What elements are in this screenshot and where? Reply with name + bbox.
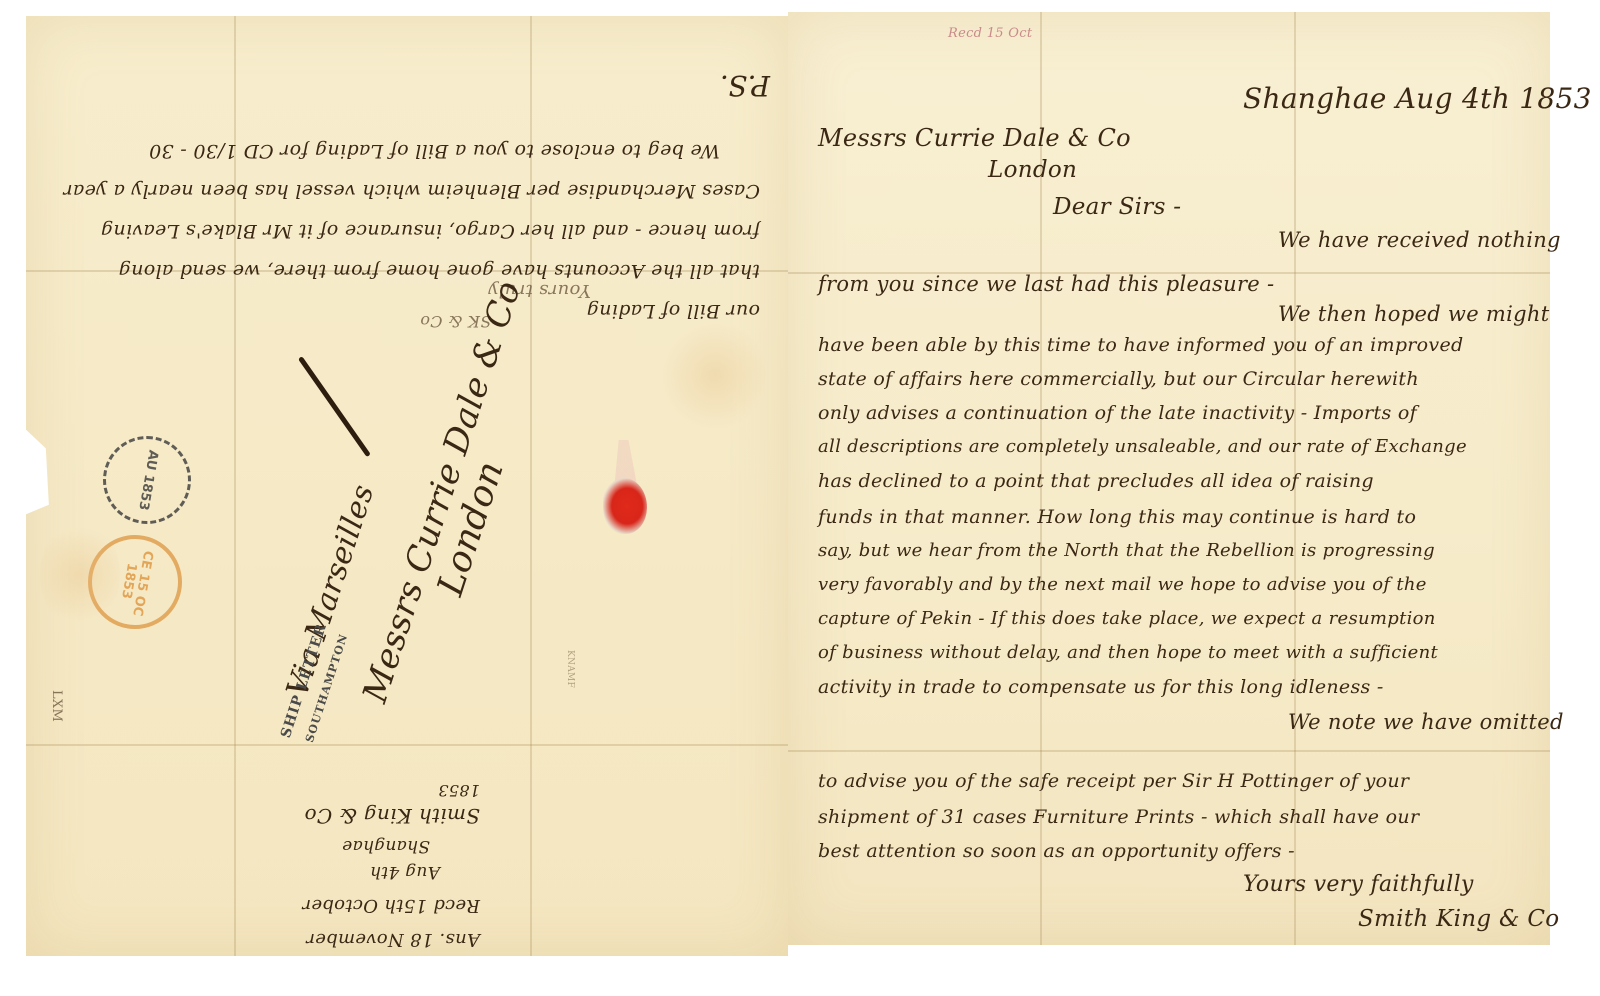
body-line: very favorably and by the next mail we h… (818, 574, 1427, 595)
body-line: to advise you of the safe receipt per Si… (818, 770, 1409, 792)
body-line: of business without delay, and then hope… (818, 642, 1438, 663)
body-line: from you since we last had this pleasure… (818, 272, 1274, 296)
postscript-line: Cases Merchandise per Blenheim which ves… (63, 180, 760, 202)
docket-line: Shanghae (342, 836, 430, 856)
postscript-label: P.S. (720, 69, 770, 102)
body-line: best attention so soon as an opportunity… (818, 840, 1295, 862)
body-line: funds in that manner. How long this may … (818, 506, 1416, 528)
letter-page: Recd 15 Oct Shanghae Aug 4th 1853 - Mess… (788, 12, 1550, 945)
docket-year: 1853 (438, 781, 480, 800)
body-line: We have received nothing (1278, 228, 1561, 252)
closing: Yours very faithfully (1243, 872, 1474, 897)
docket-block: Ans. 18 November Recd 15th October Aug 4… (250, 780, 520, 950)
postscript-block: P.S. We beg to enclose to you a Bill of … (40, 50, 770, 330)
docket-line: Smith King & Co (304, 804, 480, 828)
body-line: say, but we hear from the North that the… (818, 540, 1435, 561)
body-line: We note we have omitted (1288, 710, 1564, 734)
postscript-line: We beg to enclose to you a Bill of Ladin… (149, 140, 720, 162)
stain (660, 320, 770, 430)
body-line: only advises a continuation of the late … (818, 402, 1417, 424)
body-line: state of affairs here commercially, but … (818, 368, 1419, 390)
postscript-line: our Bill of Lading (586, 300, 760, 322)
body-line: shipment of 31 cases Furniture Prints - … (818, 806, 1419, 828)
body-line: has declined to a point that precludes a… (818, 470, 1374, 492)
faint-mark: KNAMF (565, 650, 575, 688)
stain (40, 520, 120, 630)
addressee-city: London (988, 157, 1077, 183)
fold-line (26, 744, 788, 746)
pencil-received-note: Recd 15 Oct (948, 26, 1032, 41)
body-line: all descriptions are completely unsaleab… (818, 436, 1467, 457)
docket-line: Ans. 18 November (306, 929, 480, 950)
fold-line (788, 750, 1550, 752)
salutation: Dear Sirs - (1053, 194, 1181, 220)
wax-seal (603, 478, 647, 534)
signature: Smith King & Co (1358, 906, 1559, 932)
body-line: have been able by this time to have info… (818, 334, 1463, 356)
postmark-black: AU 1853 (103, 436, 191, 524)
place-date: Shanghae Aug 4th 1853 - (1243, 82, 1600, 115)
body-line: capture of Pekin - If this does take pla… (818, 608, 1436, 629)
body-line: We then hoped we might (1278, 302, 1549, 326)
postscript-line: from hence - and all her Cargo, insuranc… (101, 220, 760, 242)
addressee: Messrs Currie Dale & Co (818, 124, 1131, 152)
pencil-mark: LXM (49, 690, 64, 722)
docket-line: Recd 15th October (302, 895, 480, 916)
postscript-line: that all the Accounts have gone home fro… (118, 260, 760, 282)
body-line: activity in trade to compensate us for t… (818, 676, 1384, 698)
docket-line: Aug 4th (370, 862, 440, 882)
